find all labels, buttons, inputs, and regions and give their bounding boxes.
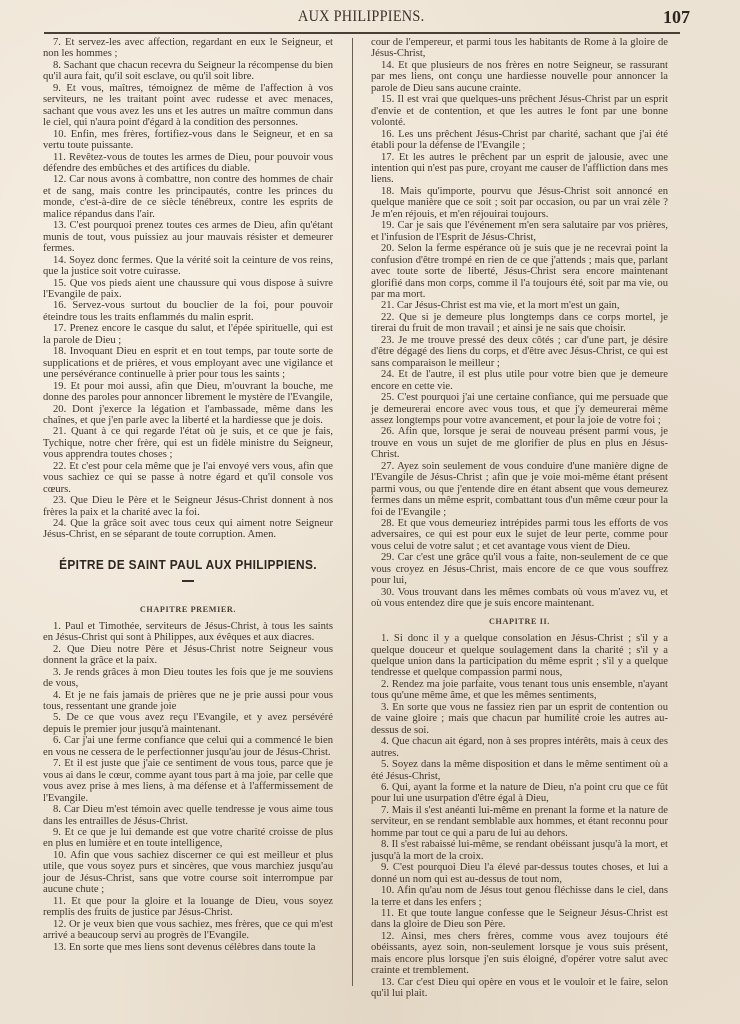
verse: 16. Les uns prêchent Jésus-Christ par ch…	[371, 129, 668, 152]
header-rule	[44, 32, 680, 34]
verse: 12. Or je veux bien que vous sachiez, me…	[43, 919, 333, 942]
verse: 11. Et que toute langue confesse que le …	[371, 908, 668, 931]
verse: 21. Car Jésus-Christ est ma vie, et la m…	[371, 300, 668, 311]
verse-continuation: cour de l'empereur, et parmi tous les ha…	[371, 37, 668, 60]
right-column: cour de l'empereur, et parmi tous les ha…	[371, 37, 668, 1000]
verse: 14. Soyez donc fermes. Que la vérité soi…	[43, 255, 333, 278]
verse: 18. Mais qu'importe, pourvu que Jésus-Ch…	[371, 186, 668, 220]
title-dash	[182, 580, 194, 582]
verse: 2. Que Dieu notre Père et Jésus-Christ n…	[43, 644, 333, 667]
verse: 5. De ce que vous avez reçu l'Evangile, …	[43, 712, 333, 735]
verse: 10. Afin qu'au nom de Jésus tout genou f…	[371, 885, 668, 908]
verse: 21. Quant à ce qui regarde l'état où je …	[43, 426, 333, 460]
verse: 15. Il est vrai que quelques-uns prêchen…	[371, 94, 668, 128]
verse: 23. Que Dieu le Père et le Seigneur Jésu…	[43, 495, 333, 518]
verse: 20. Dont j'exerce la légation et l'ambas…	[43, 404, 333, 427]
verse: 12. Ainsi, mes chers frères, comme vous …	[371, 931, 668, 977]
book-title: ÉPITRE DE SAINT PAUL AUX PHILIPPIENS.	[58, 559, 319, 570]
verse: 24. Et de l'autre, il est plus utile pou…	[371, 369, 668, 392]
verse: 19. Car je sais que l'événement m'en ser…	[371, 220, 668, 243]
verse: 7. Mais il s'est anéanti lui-même en pre…	[371, 805, 668, 839]
column-divider	[352, 38, 353, 986]
running-header: AUX PHILIPPIENS. 107	[0, 8, 740, 28]
verse: 13. C'est pourquoi prenez toutes ces arm…	[43, 220, 333, 254]
verses-ephesians-6: 7. Et servez-les avec affection, regarda…	[43, 37, 333, 541]
verse: 17. Et les autres le prêchent par un esp…	[371, 152, 668, 186]
page-number: 107	[663, 7, 690, 28]
left-column: 7. Et servez-les avec affection, regarda…	[43, 37, 333, 953]
verse: 25. C'est pourquoi j'ai une certaine con…	[371, 392, 668, 426]
verse: 22. Que si je demeure plus longtemps dan…	[371, 312, 668, 335]
verse: 10. Enfin, mes frères, fortifiez-vous da…	[43, 129, 333, 152]
verse: 24. Que la grâce soit avec tous ceux qui…	[43, 518, 333, 541]
verse: 27. Ayez soin seulement de vous conduire…	[371, 461, 668, 518]
verse: 6. Car j'ai une ferme confiance que celu…	[43, 735, 333, 758]
verse: 1. Si donc il y a quelque consolation en…	[371, 633, 668, 679]
verse: 5. Soyez dans la même disposition et dan…	[371, 759, 668, 782]
verse: 9. Et ce que je lui demande est que votr…	[43, 827, 333, 850]
verse: 4. Et je ne fais jamais de prières que n…	[43, 690, 333, 713]
verse: 7. Et il est juste que j'aie ce sentimen…	[43, 758, 333, 804]
verse: 11. Revêtez-vous de toutes les armes de …	[43, 152, 333, 175]
verse: 9. C'est pourquoi Dieu l'a élevé par-des…	[371, 862, 668, 885]
verse: 3. En sorte que vous ne fassiez rien par…	[371, 702, 668, 736]
verse: 15. Que vos pieds aient une chaussure qu…	[43, 278, 333, 301]
chapter-heading-1: CHAPITRE PREMIER.	[43, 604, 333, 615]
verse: 30. Vous trouvant dans les mêmes combats…	[371, 587, 668, 610]
verses-chapter-1-continued: 14. Et que plusieurs de nos frères en no…	[371, 60, 668, 610]
verse: 13. En sorte que mes liens sont devenus …	[43, 942, 333, 953]
verse: 12. Car nous avons à combattre, non cont…	[43, 174, 333, 220]
verse: 28. Et que vous demeuriez intrépides par…	[371, 518, 668, 552]
verse: 8. Il s'est rabaissé lui-même, se rendan…	[371, 839, 668, 862]
verse: 16. Servez-vous surtout du bouclier de l…	[43, 300, 333, 323]
verse: 8. Car Dieu m'est témoin avec quelle ten…	[43, 804, 333, 827]
verse: 8. Sachant que chacun recevra du Seigneu…	[43, 60, 333, 83]
verse: 1. Paul et Timothée, serviteurs de Jésus…	[43, 621, 333, 644]
verse: 18. Invoquant Dieu en esprit et en tout …	[43, 346, 333, 380]
book-page: AUX PHILIPPIENS. 107 7. Et servez-les av…	[0, 0, 740, 1024]
verse: 14. Et que plusieurs de nos frères en no…	[371, 60, 668, 94]
verse: 20. Selon la ferme espérance où je suis …	[371, 243, 668, 300]
verse: 2. Rendez ma joie parfaite, vous tenant …	[371, 679, 668, 702]
verse: 4. Que chacun ait égard, non à ses propr…	[371, 736, 668, 759]
chapter-heading-2: CHAPITRE II.	[371, 616, 668, 627]
verse: 29. Car c'est une grâce qu'il vous a fai…	[371, 552, 668, 586]
verse: 11. Et que pour la gloire et la louange …	[43, 896, 333, 919]
verse: 7. Et servez-les avec affection, regarda…	[43, 37, 333, 60]
verse: 17. Prenez encore le casque du salut, et…	[43, 323, 333, 346]
verses-chapter-1: 1. Paul et Timothée, serviteurs de Jésus…	[43, 621, 333, 953]
verse: 22. Et c'est pour cela même que je l'ai …	[43, 461, 333, 495]
running-title: AUX PHILIPPIENS.	[298, 8, 424, 26]
verse: 19. Et pour moi aussi, afin que Dieu, m'…	[43, 381, 333, 404]
verse: 10. Afin que vous sachiez discerner ce q…	[43, 850, 333, 896]
verse: 9. Et vous, maîtres, témoignez de même d…	[43, 83, 333, 129]
verse: 23. Je me trouve pressé des deux côtés ;…	[371, 335, 668, 369]
verse: 13. Car c'est Dieu qui opère en vous et …	[371, 977, 668, 1000]
verse: 26. Afin que, lorsque je serai de nouvea…	[371, 426, 668, 460]
verse: 6. Qui, ayant la forme et la nature de D…	[371, 782, 668, 805]
verse: 3. Je rends grâces à mon Dieu toutes les…	[43, 667, 333, 690]
verses-chapter-2: 1. Si donc il y a quelque consolation en…	[371, 633, 668, 1000]
